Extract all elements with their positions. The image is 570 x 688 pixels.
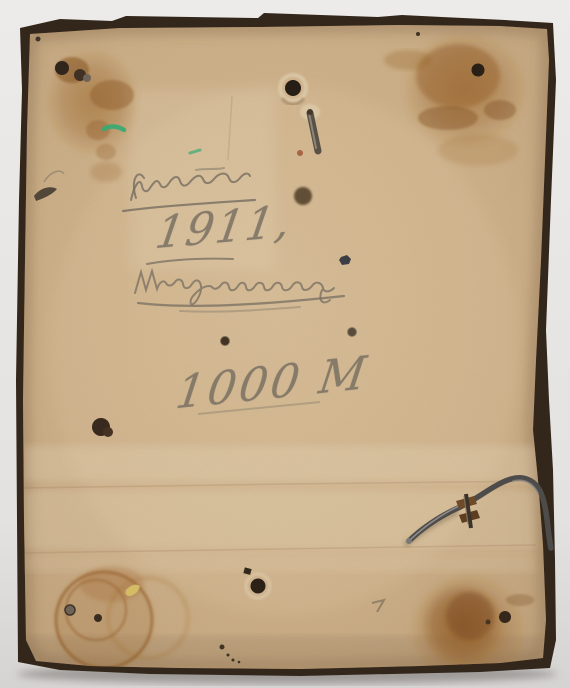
photo-of-panel-verso: 1911, 1000 M [0,0,570,688]
panel-surface-details [16,13,560,688]
paper-grain-texture [16,13,560,677]
panel-verso-illustration [0,0,570,688]
